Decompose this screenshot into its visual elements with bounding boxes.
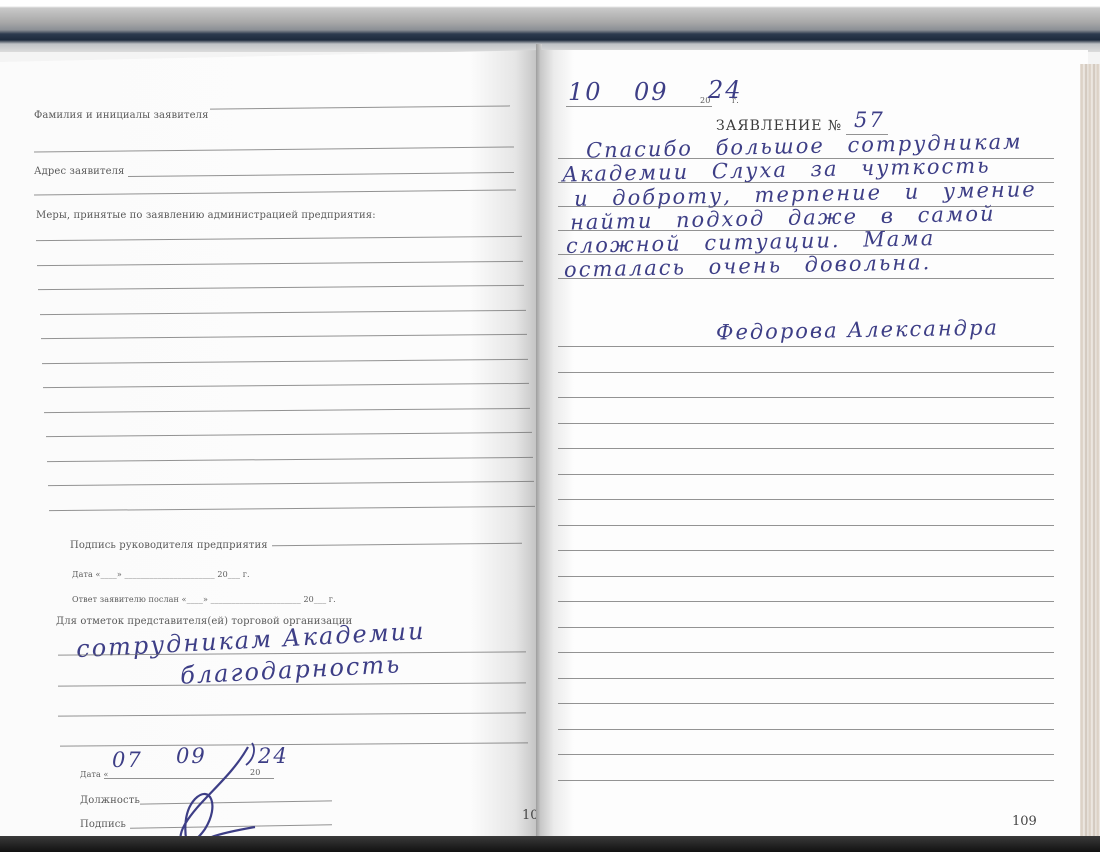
footer-date-day: 07 (112, 748, 143, 772)
rule (58, 712, 526, 716)
page-number-right: 109 (1012, 814, 1037, 829)
rule (558, 346, 1054, 347)
statement-date-suffix: г. (732, 96, 739, 105)
rule (42, 358, 528, 363)
rule (60, 742, 528, 746)
rule (558, 525, 1054, 526)
rule (272, 543, 522, 547)
rule (558, 703, 1054, 704)
rule (558, 652, 1054, 653)
measures-label: Меры, принятые по заявлению администраци… (36, 210, 376, 221)
position-label: Должность (80, 795, 140, 806)
author-signature: Федорова Александра (716, 316, 999, 345)
rule (558, 780, 1054, 781)
date-label: Дата «____» ______________________ 20___… (72, 570, 250, 579)
statement-date-day: 10 (568, 78, 603, 106)
applicant-address-label: Адрес заявителя (34, 166, 124, 177)
rule (47, 456, 533, 461)
rule (34, 146, 514, 152)
rule (558, 601, 1054, 602)
reply-sent-label: Ответ заявителю послан «____» __________… (72, 595, 336, 604)
right-page: 10 09 20 24 г. ЗАЯВЛЕНИЕ № 57 Спасибо бо… (540, 50, 1088, 840)
rule (558, 278, 1054, 279)
rule (49, 505, 535, 510)
rule (38, 285, 524, 290)
rule (37, 260, 523, 265)
rule (566, 106, 712, 107)
rule (558, 754, 1054, 755)
statement-heading: ЗАЯВЛЕНИЕ № (716, 118, 842, 134)
rule (40, 309, 526, 314)
rule (46, 432, 532, 437)
statement-date-month: 09 (634, 78, 669, 106)
page-edges (1080, 64, 1100, 840)
rule (43, 383, 529, 388)
rule (558, 678, 1054, 679)
rule (558, 372, 1054, 373)
rule (558, 576, 1054, 577)
applicant-name-label: Фамилия и инициалы заявителя (34, 110, 209, 121)
manager-signature-label: Подпись руководителя предприятия (70, 540, 268, 551)
rule (558, 448, 1054, 449)
rule (558, 499, 1054, 500)
rule (558, 474, 1054, 475)
rule (558, 423, 1054, 424)
rule (48, 481, 534, 486)
rule (558, 729, 1054, 730)
rule (34, 189, 516, 195)
statement-number: 57 (854, 108, 885, 132)
rule (36, 236, 522, 241)
rule (58, 682, 526, 686)
rule (41, 334, 527, 339)
left-page: Фамилия и инициалы заявителя Адрес заяви… (0, 44, 540, 840)
signature-label: Подпись (80, 819, 126, 830)
rule (44, 407, 530, 412)
rule (128, 172, 514, 177)
rule (558, 397, 1054, 398)
rule (558, 550, 1054, 551)
book-cover-bottom (0, 836, 1100, 852)
rule (210, 105, 510, 109)
rule (558, 627, 1054, 628)
book-cover-top (0, 0, 1100, 52)
